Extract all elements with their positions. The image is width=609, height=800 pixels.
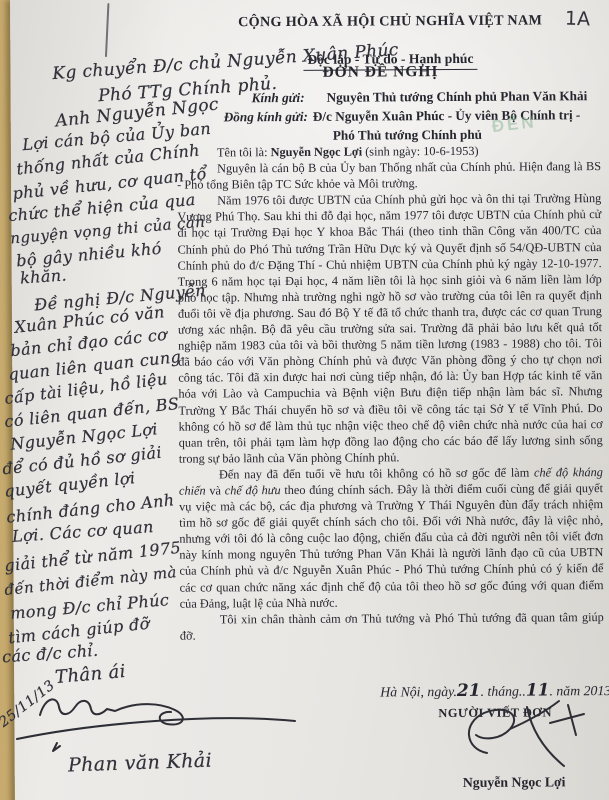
margin-note: Phan văn Khải	[68, 749, 213, 776]
margin-note: Thân ái	[54, 661, 126, 688]
scanned-petition-document: CỘNG HÒA XÃ HỘI CHỦ NGHĨA VIỆT NAM Độc l…	[0, 0, 609, 800]
margin-note: khăn.	[19, 265, 67, 287]
margin-note: 25/11/13	[0, 677, 58, 730]
handwritten-annotations-layer: Kg chuyển Đ/c chủ Nguyễn Xuân PhúcPhó TT…	[0, 0, 609, 800]
